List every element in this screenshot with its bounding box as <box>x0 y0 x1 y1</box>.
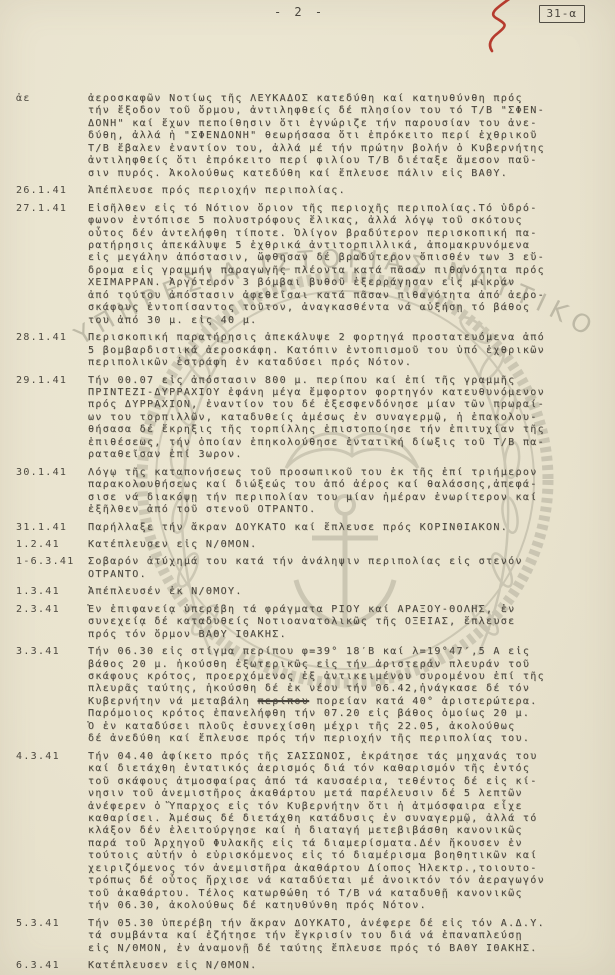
entry-text: Κατέπλευσεν εἰς Ν/ΘΜΟΝ. <box>88 960 607 972</box>
entry-date: 29.1.41 <box>0 375 88 462</box>
entry-date: 2.3.41 <box>0 604 88 641</box>
entry-text: Τήν 05.30 ὑπερέβη τήν ἄκραν ΔΟΥΚΑΤΟ, ἀνέ… <box>88 918 607 955</box>
entry-text: Ἀπέπλευσε πρός περιοχήν περιπολίας. <box>88 185 607 197</box>
entry-date: 4.3.41 <box>0 751 88 913</box>
entry-text: Τήν 04.40 ἀφίκετο πρός τῆς ΣΑΣΣΩΝΟΣ, ἐκρ… <box>88 751 607 913</box>
entry-text: Περισκοπική παρατήρησις ἀπεκάλυψε 2 φορτ… <box>88 332 607 369</box>
document-page: ΥΠΗΡΕΣΙΑ ΙΣΤΟΡΙΑΣ ΝΑΥΤΙΚΟΥ - 2 - 31-α ἀε… <box>0 0 615 975</box>
entry-date: 5.3.41 <box>0 918 88 955</box>
log-entry: 27.1.41 Εἰσῆλθεν εἰς τό Νότιον ὅριον τῆς… <box>0 203 607 328</box>
red-ink-mark <box>468 0 530 53</box>
log-entry: 29.1.41 Τήν 00.07 εἰς ἀπόστασιν 800 μ. π… <box>0 375 607 462</box>
entry-text: Εἰσῆλθεν εἰς τό Νότιον ὅριον τῆς περιοχῆ… <box>88 203 607 328</box>
log-entry: 6.3.41 Κατέπλευσεν εἰς Ν/ΘΜΟΝ. <box>0 960 607 972</box>
entry-date: 28.1.41 <box>0 332 88 369</box>
entry-text: Κατέπλευσεν εἰς Ν/ΘΜΟΝ. <box>88 539 607 551</box>
doc-ref-stamp: 31-α <box>539 5 586 23</box>
log-entry: 30.1.41 Λόγῳ τῆς καταπονήσεως τοῦ προσωπ… <box>0 467 607 517</box>
entry-date: 26.1.41 <box>0 185 88 197</box>
log-entry: 1.3.41 Ἀπέπλευσέν ἐκ Ν/ΘΜΟΥ. <box>0 586 607 598</box>
entry-date: 1-6.3.41 <box>0 556 88 581</box>
log-entry: 3.3.41 Τήν 06.30 εἰς στίγμα περίπου φ=39… <box>0 646 607 746</box>
entry-text: Ἀπέπλευσέν ἐκ Ν/ΘΜΟΥ. <box>88 586 607 598</box>
log-entry: 28.1.41 Περισκοπική παρατήρησις ἀπεκάλυψ… <box>0 332 607 369</box>
entry-date: 1.3.41 <box>0 586 88 598</box>
entry-text: Ἐν ἐπιφανείᾳ ὑπερέβη τά φράγματα ΡΙΟΥ κα… <box>88 604 607 641</box>
log-entries: ἀε ἀεροσκαφῶν Νοτίως τῆς ΛΕΥΚΑΔΟΣ κατεδύ… <box>0 93 607 975</box>
entry-date: 6.3.41 <box>0 960 88 972</box>
log-entry: 31.1.41 Παρήλλαξε τήν ἄκραν ΔΟΥΚΑΤΟ καί … <box>0 522 607 534</box>
log-entry: ἀε ἀεροσκαφῶν Νοτίως τῆς ΛΕΥΚΑΔΟΣ κατεδύ… <box>0 93 607 180</box>
entry-date: 3.3.41 <box>0 646 88 746</box>
log-entry: 2.3.41 Ἐν ἐπιφανείᾳ ὑπερέβη τά φράγματα … <box>0 604 607 641</box>
log-entry: 1-6.3.41 Σοβαρόν ἀτύχημά του κατά τήν ἀν… <box>0 556 607 581</box>
entry-text: Παρήλλαξε τήν ἄκραν ΔΟΥΚΑΤΟ καί ἔπλευσε … <box>88 522 607 534</box>
entry-text: Τήν 06.30 εἰς στίγμα περίπου φ=39° 18′Β … <box>88 646 607 746</box>
log-entry: 5.3.41 Τήν 05.30 ὑπερέβη τήν ἄκραν ΔΟΥΚΑ… <box>0 918 607 955</box>
entry-date: 27.1.41 <box>0 203 88 328</box>
entry-date: 30.1.41 <box>0 467 88 517</box>
entry-date: 1.2.41 <box>0 539 88 551</box>
entry-text: ἀεροσκαφῶν Νοτίως τῆς ΛΕΥΚΑΔΟΣ κατεδύθη … <box>88 93 607 180</box>
entry-text: Λόγῳ τῆς καταπονήσεως τοῦ προσωπικοῦ του… <box>88 467 607 517</box>
entry-date: 31.1.41 <box>0 522 88 534</box>
log-entry: 4.3.41 Τήν 04.40 ἀφίκετο πρός τῆς ΣΑΣΣΩΝ… <box>0 751 607 913</box>
log-entry: 1.2.41 Κατέπλευσεν εἰς Ν/ΘΜΟΝ. <box>0 539 607 551</box>
margin-note: ἀε <box>0 93 88 180</box>
log-entry: 26.1.41 Ἀπέπλευσε πρός περιοχήν περιπολί… <box>0 185 607 197</box>
entry-text: Τήν 00.07 εἰς ἀπόστασιν 800 μ. περίπου κ… <box>88 375 607 462</box>
entry-text: Σοβαρόν ἀτύχημά του κατά τήν ἀνάληψιν πε… <box>88 556 607 581</box>
